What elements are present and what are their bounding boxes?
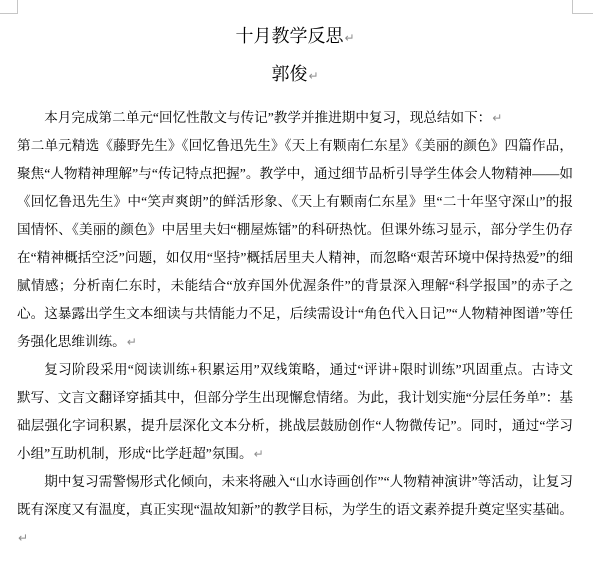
page-title[interactable]: 十月教学反思↵ (17, 24, 573, 50)
paragraph-text[interactable]: 第二单元精选《藤野先生》《回忆鲁迅先生》《天上有颗南仁东星》《美丽的颜色》四篇作… (17, 138, 573, 349)
page-title-text[interactable]: 十月教学反思 (235, 26, 343, 46)
paragraph-review-strategy[interactable]: 复习阶段采用“阅读训练+积累运用”双线策略，通过“评讲+限时训练”巩固重点。古诗… (17, 356, 573, 468)
author-name-text[interactable]: 郭俊 (271, 64, 307, 84)
text-boundary-crop-mark-top-right (572, 0, 593, 14)
paragraph-mark-icon: ↵ (254, 447, 264, 461)
paragraph-mark-icon: ↵ (344, 31, 354, 45)
document-page[interactable]: 十月教学反思↵ 郭俊↵ 本月完成第二单元“回忆性散文与传记”教学并推进期中复习，… (0, 0, 593, 575)
paragraph-mark-icon: ↵ (492, 111, 502, 125)
paragraph-intro[interactable]: 本月完成第二单元“回忆性散文与传记”教学并推进期中复习，现总结如下：↵ (17, 104, 573, 132)
paragraph-mark-icon: ↵ (18, 531, 28, 545)
paragraph-text[interactable]: 期中复习需警惕形式化倾向，未来将融入“山水诗画创作”“人物精神演讲”等活动，让复… (17, 474, 573, 517)
paragraph-text[interactable]: 本月完成第二单元“回忆性散文与传记”教学并推进期中复习，现总结如下： (44, 110, 491, 125)
text-boundary-crop-mark-top-left (0, 0, 18, 14)
document-content: 十月教学反思↵ 郭俊↵ 本月完成第二单元“回忆性散文与传记”教学并推进期中复习，… (17, 0, 573, 552)
author-name[interactable]: 郭俊↵ (17, 62, 573, 88)
paragraph-mark-icon: ↵ (127, 335, 137, 349)
document-body: 本月完成第二单元“回忆性散文与传记”教学并推进期中复习，现总结如下：↵ 第二单元… (17, 104, 573, 552)
paragraph-outlook[interactable]: 期中复习需警惕形式化倾向，未来将融入“山水诗画创作”“人物精神演讲”等活动，让复… (17, 468, 573, 552)
paragraph-unit-teaching[interactable]: 第二单元精选《藤野先生》《回忆鲁迅先生》《天上有颗南仁东星》《美丽的颜色》四篇作… (17, 132, 573, 356)
paragraph-text[interactable]: 复习阶段采用“阅读训练+积累运用”双线策略，通过“评讲+限时训练”巩固重点。古诗… (17, 362, 573, 461)
paragraph-mark-icon: ↵ (308, 69, 318, 83)
